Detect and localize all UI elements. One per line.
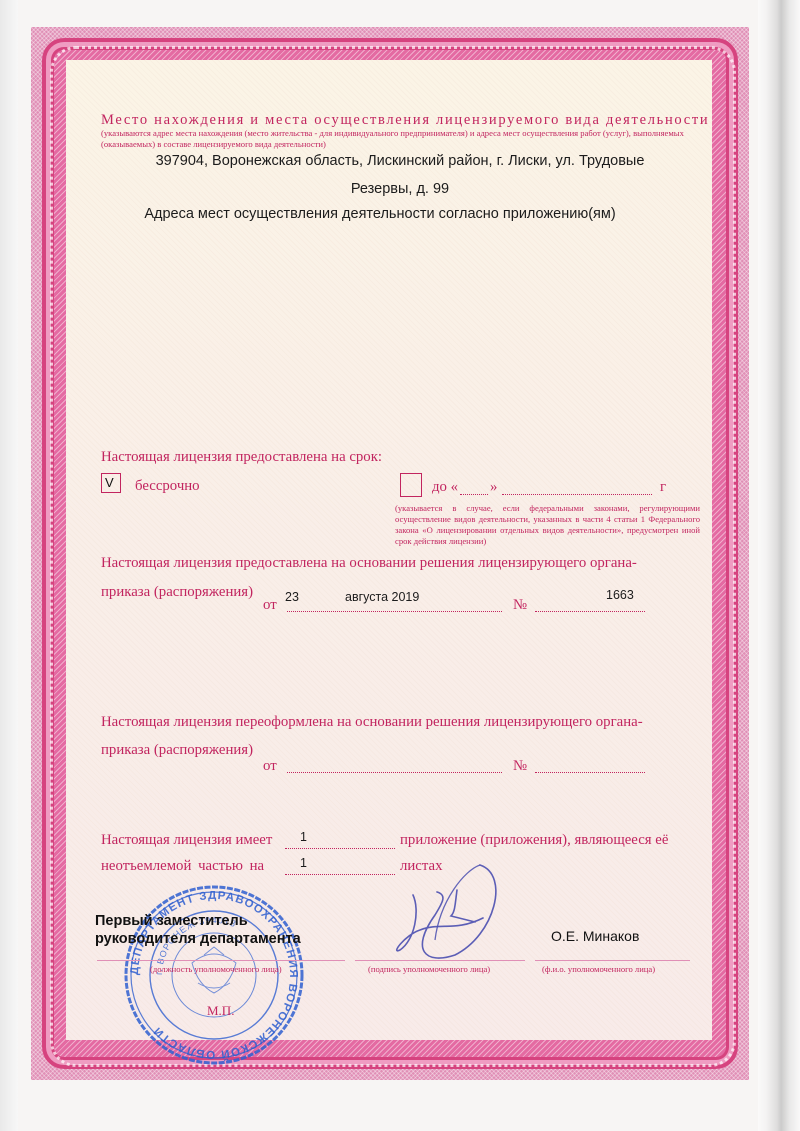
address-line-2: Резервы, д. 99: [100, 181, 700, 197]
granted-number-label: №: [513, 597, 527, 614]
name-line: [535, 960, 690, 961]
handwritten-signature: [385, 860, 535, 965]
granted-number-line: [535, 611, 645, 612]
granted-line-2: приказа (распоряжения): [101, 584, 253, 601]
position-line: [97, 960, 345, 961]
indefinite-checkbox[interactable]: V: [101, 473, 121, 493]
appendix-line-2-prefix: неотъемлемой частью на: [101, 858, 264, 875]
reissued-date-line: [287, 772, 502, 773]
appendix-line-1-prefix: Настоящая лицензия имеет: [101, 832, 272, 849]
appendix-count-line: [285, 848, 395, 849]
until-checkbox[interactable]: [400, 473, 422, 497]
reissued-line-2: приказа (распоряжения): [101, 742, 253, 759]
signer-position-line-1: Первый заместитель: [95, 913, 248, 929]
appendix-count: 1: [300, 830, 307, 844]
official-seal-stamp: ДЕПАРТАМЕНТ ЗДРАВООХРАНЕНИЯ ВОРОНЕЖСКОЙ …: [122, 883, 306, 1067]
until-suffix: г: [660, 479, 666, 496]
location-heading: Место нахождения и места осуществления л…: [101, 112, 709, 129]
signer-position-line-2: руководителя департамента: [95, 931, 301, 947]
indefinite-label: бессрочно: [135, 478, 200, 495]
granted-month-year: августа 2019: [345, 590, 419, 604]
until-day-line: [460, 494, 488, 495]
caption-signature: (подпись уполномоченного лица): [368, 964, 490, 974]
granted-number: 1663: [606, 588, 634, 602]
caption-name: (ф.и.о. уполномоченного лица): [542, 964, 655, 974]
caption-position: (должность уполномоченного лица): [150, 964, 282, 974]
appendix-line-1-suffix: приложение (приложения), являющееся её: [400, 832, 668, 849]
seal-place-label: М.П.: [207, 1003, 234, 1019]
reissued-number-line: [535, 772, 645, 773]
granted-date-line: [287, 611, 502, 612]
granted-line-1: Настоящая лицензия предоставлена на осно…: [101, 555, 637, 572]
address-note: Адреса мест осуществления деятельности с…: [80, 206, 680, 222]
reissued-from-label: от: [263, 758, 277, 775]
until-note: (указывается в случае, если федеральными…: [395, 503, 700, 547]
scan-right-edge: [758, 0, 800, 1131]
granted-day: 23: [285, 590, 299, 604]
scan-left-edge: [0, 0, 18, 1131]
reissued-line-1: Настоящая лицензия переоформлена на осно…: [101, 714, 643, 731]
signer-name: О.Е. Минаков: [551, 928, 639, 944]
appendix-sheets-line: [285, 874, 395, 875]
location-subheading: (указываются адрес места нахождения (мес…: [101, 128, 701, 150]
appendix-sheets: 1: [300, 856, 307, 870]
granted-from-label: от: [263, 597, 277, 614]
until-prefix: до «: [432, 479, 458, 496]
address-line-1: 397904, Воронежская область, Лискинский …: [100, 153, 700, 169]
term-label: Настоящая лицензия предоставлена на срок…: [101, 449, 382, 466]
reissued-number-label: №: [513, 758, 527, 775]
until-date-line: [502, 494, 652, 495]
until-mid: »: [490, 479, 497, 496]
